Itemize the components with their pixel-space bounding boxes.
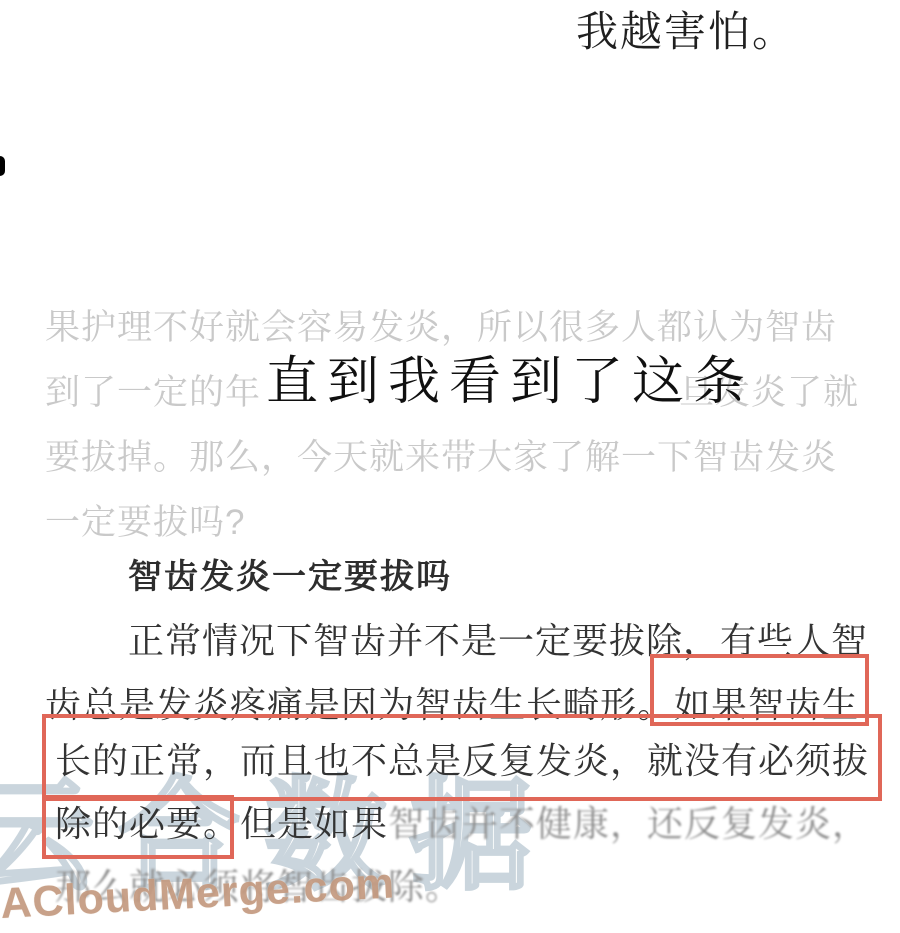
left-edge-bubble-fragment: [0, 156, 5, 176]
faded-paragraph-line-3: 要拔掉。那么，今天就来带大家了解一下智齿发炎: [45, 436, 837, 480]
speech-text-top: 我越害怕。: [576, 6, 796, 59]
highlight-box-bottom: [42, 795, 234, 859]
highlight-box-middle: [42, 714, 882, 801]
comic-page: 我越害怕。 果护理不好就会容易发炎，所以很多人都认为智齿 到了一定的年 旦发炎了…: [0, 0, 900, 933]
article-heading: 智齿发炎一定要拔吗: [128, 556, 452, 599]
faded-paragraph-line-2-left: 到了一定的年: [45, 371, 261, 415]
faded-paragraph-line-4: 一定要拔吗?: [45, 501, 245, 545]
narration-headline: 直到我看到了这条: [266, 350, 754, 415]
faded-paragraph-line-1: 果护理不好就会容易发炎，所以很多人都认为智齿: [45, 306, 837, 350]
article-line-4-black-text: 但是如果: [240, 803, 388, 844]
article-line-4-blurred-text: 智齿并不健康，还反复发炎，: [388, 803, 869, 844]
